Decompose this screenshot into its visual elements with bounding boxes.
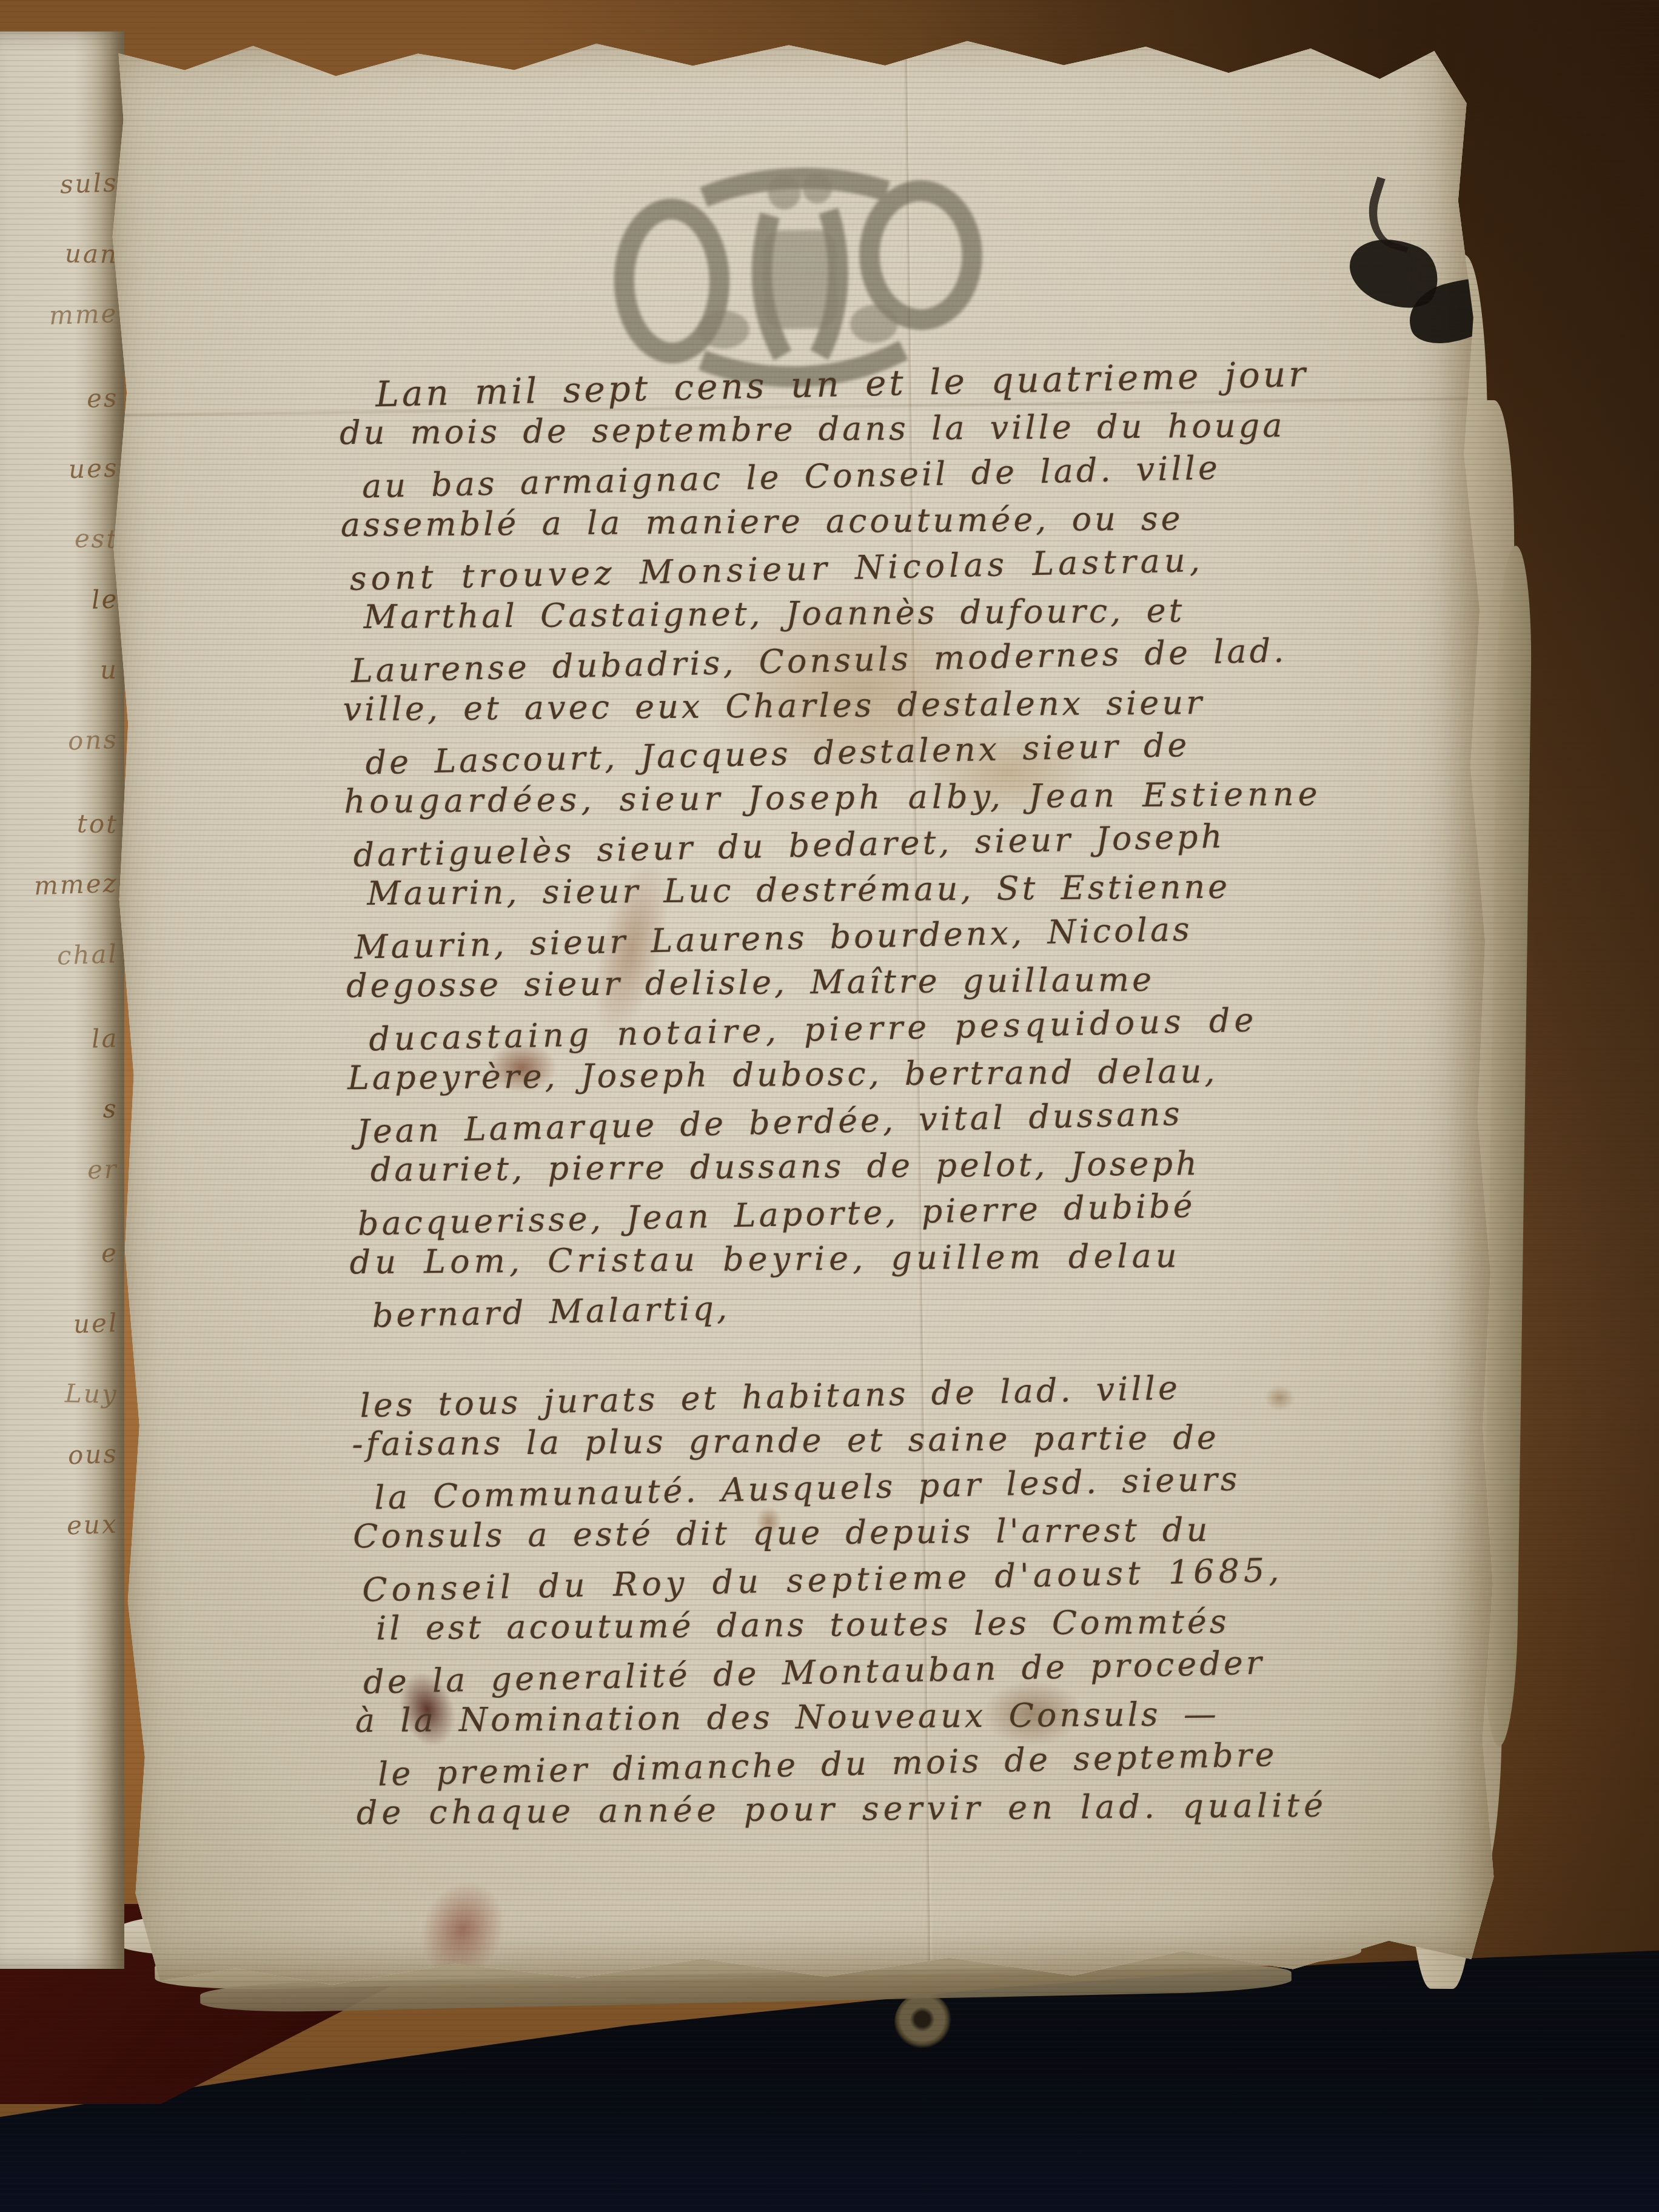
page-fragment: uan	[64, 241, 118, 267]
page-fragment: ons	[67, 727, 118, 754]
page-fragment: uel	[73, 1310, 119, 1338]
facing-page-edge: suls uan mme es ues est le u ons tot mme…	[0, 32, 124, 1969]
page-fragment: e	[101, 1241, 118, 1267]
page-fragment: mmez	[34, 871, 119, 899]
manuscript-line: de chaque année pour servir en lad. qual…	[356, 1781, 1473, 1836]
manuscript-page: Lan mil sept cens un et le quatrieme jou…	[102, 25, 1499, 1991]
page-fragment: est	[74, 526, 118, 552]
facing-page-text-fragments: suls uan mme es ues est le u ons tot mme…	[9, 171, 118, 1583]
page-fragment: eux	[67, 1512, 119, 1539]
manuscript-text: Lan mil sept cens un et le quatrieme jou…	[347, 353, 1473, 1838]
page-fragment: u	[99, 657, 119, 683]
ink-blot-icon	[1358, 176, 1426, 253]
page-fragment: ous	[67, 1441, 118, 1469]
page-fragment: le	[91, 586, 119, 613]
page-fragment: la	[91, 1025, 119, 1052]
paragraph-deliberation: les tous jurats et habitans de lad. vill…	[360, 1364, 1473, 1838]
paragraph-attendance: Lan mil sept cens un et le quatrieme jou…	[347, 353, 1467, 1334]
page-fragment: s	[103, 1096, 118, 1122]
page-fragment: tot	[77, 811, 119, 837]
page-fragment: er	[87, 1156, 118, 1183]
page-fragment: suls	[60, 170, 119, 197]
photo-scene: suls uan mme es ues est le u ons tot mme…	[0, 0, 1659, 2212]
fiscal-stamp-icon	[594, 159, 1000, 392]
page-fragment: mme	[49, 301, 119, 329]
page-fragment: ues	[68, 455, 119, 483]
page-fragment: Luy	[65, 1381, 118, 1407]
shirt-button	[894, 1993, 953, 2051]
page-fragment: es	[86, 385, 119, 412]
page-fragment: chal	[56, 941, 118, 969]
